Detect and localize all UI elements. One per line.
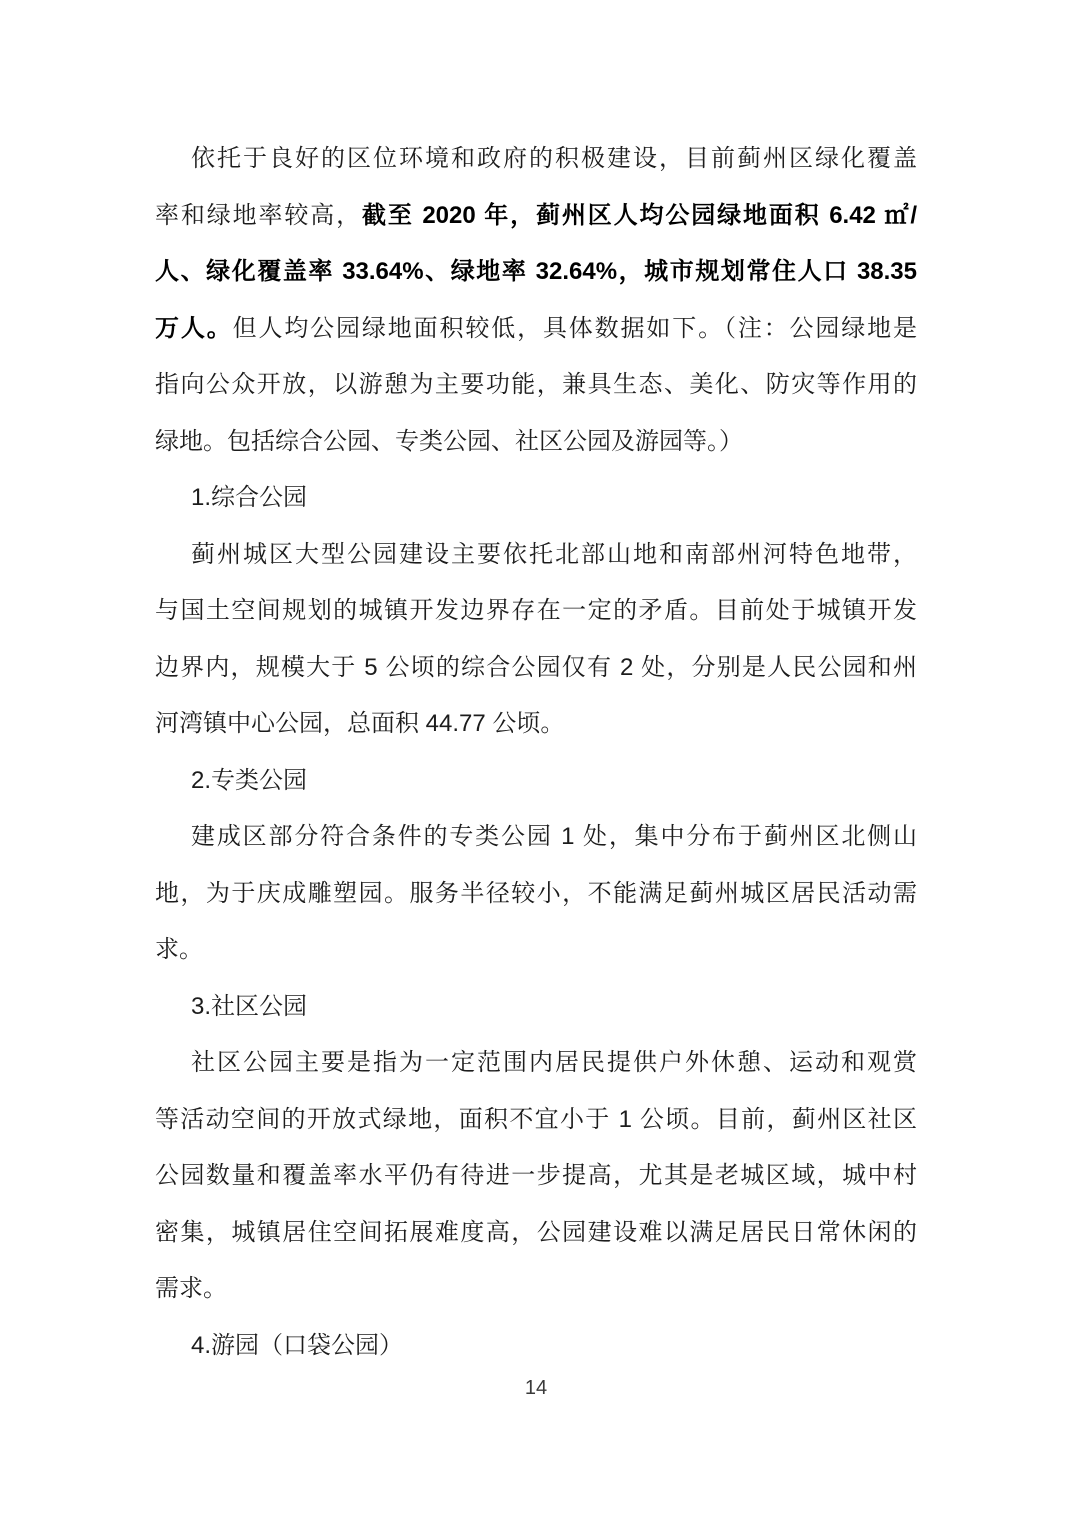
paragraph-line: 社区公园主要是指为一定范围内居民提供户外休憩、运动和观赏 <box>155 1035 917 1092</box>
text-segment: 绿地。包括综合公园、专类公园、社区公园及游园等。） <box>155 428 743 455</box>
paragraph-line: 需求。 <box>155 1261 917 1318</box>
paragraph-line: 边界内，规模大于 5 公顷的综合公园仅有 2 处，分别是人民公园和州 <box>155 640 917 697</box>
paragraph-line: 依托于良好的区位环境和政府的积极建设，目前蓟州区绿化覆盖 <box>155 131 917 188</box>
text-segment: 4.游园（口袋公园） <box>191 1332 403 1359</box>
text-segment: 求。 <box>155 936 203 963</box>
paragraph-line: 蓟州城区大型公园建设主要依托北部山地和南部州河特色地带， <box>155 527 917 584</box>
paragraph-line: 率和绿地率较高，截至 2020 年，蓟州区人均公园绿地面积 6.42 ㎡/ <box>155 188 917 245</box>
text-segment: 率和绿地率较高， <box>155 202 362 229</box>
page-number: 14 <box>155 1377 917 1400</box>
paragraph-line: 指向公众开放，以游憩为主要功能，兼具生态、美化、防灾等作用的 <box>155 357 917 414</box>
text-segment: 边界内，规模大于 5 公顷的综合公园仅有 2 处，分别是人民公园和州 <box>155 654 917 681</box>
section-heading-line: 1.综合公园 <box>155 470 917 527</box>
paragraph-line: 万人。但人均公园绿地面积较低，具体数据如下。（注：公园绿地是 <box>155 301 917 358</box>
paragraph-line: 公园数量和覆盖率水平仍有待进一步提高，尤其是老城区域，城中村 <box>155 1148 917 1205</box>
text-segment: 与国土空间规划的城镇开发边界存在一定的矛盾。目前处于城镇开发 <box>155 597 917 624</box>
bold-text-segment: 人、绿化覆盖率 33.64%、绿地率 32.64%，城市规划常住人口 38.35 <box>155 258 917 285</box>
document-body: 依托于良好的区位环境和政府的积极建设，目前蓟州区绿化覆盖率和绿地率较高，截至 2… <box>155 131 917 1374</box>
text-segment: 2.专类公园 <box>191 767 307 794</box>
text-segment: 建成区部分符合条件的专类公园 1 处，集中分布于蓟州区北侧山 <box>191 823 917 850</box>
text-segment: 社区公园主要是指为一定范围内居民提供户外休憩、运动和观赏 <box>191 1049 917 1076</box>
paragraph-line: 人、绿化覆盖率 33.64%、绿地率 32.64%，城市规划常住人口 38.35 <box>155 244 917 301</box>
text-segment: 3.社区公园 <box>191 993 307 1020</box>
text-segment: 地，为于庆成雕塑园。服务半径较小，不能满足蓟州城区居民活动需 <box>155 880 917 907</box>
text-segment: 需求。 <box>155 1275 227 1302</box>
text-segment: 蓟州城区大型公园建设主要依托北部山地和南部州河特色地带， <box>191 541 917 568</box>
text-segment: 1.综合公园 <box>191 484 307 511</box>
section-heading-line: 4.游园（口袋公园） <box>155 1318 917 1375</box>
paragraph-line: 河湾镇中心公园，总面积 44.77 公顷。 <box>155 696 917 753</box>
document-page: 依托于良好的区位环境和政府的积极建设，目前蓟州区绿化覆盖率和绿地率较高，截至 2… <box>0 0 1074 1520</box>
bold-text-segment: 截至 2020 年，蓟州区人均公园绿地面积 6.42 ㎡/ <box>362 202 917 229</box>
text-segment: 河湾镇中心公园，总面积 44.77 公顷。 <box>155 710 564 737</box>
text-segment: 指向公众开放，以游憩为主要功能，兼具生态、美化、防灾等作用的 <box>155 371 917 398</box>
paragraph-line: 密集，城镇居住空间拓展难度高，公园建设难以满足居民日常休闲的 <box>155 1205 917 1262</box>
paragraph-line: 绿地。包括综合公园、专类公园、社区公园及游园等。） <box>155 414 917 471</box>
paragraph-line: 地，为于庆成雕塑园。服务半径较小，不能满足蓟州城区居民活动需 <box>155 866 917 923</box>
text-segment: 等活动空间的开放式绿地，面积不宜小于 1 公顷。目前，蓟州区社区 <box>155 1106 917 1133</box>
text-segment: 依托于良好的区位环境和政府的积极建设，目前蓟州区绿化覆盖 <box>191 145 917 172</box>
text-segment: 但人均公园绿地面积较低，具体数据如下。（注：公园绿地是 <box>233 315 917 342</box>
paragraph-line: 求。 <box>155 922 917 979</box>
paragraph-line: 等活动空间的开放式绿地，面积不宜小于 1 公顷。目前，蓟州区社区 <box>155 1092 917 1149</box>
section-heading-line: 3.社区公园 <box>155 979 917 1036</box>
text-segment: 公园数量和覆盖率水平仍有待进一步提高，尤其是老城区域，城中村 <box>155 1162 917 1189</box>
text-segment: 密集，城镇居住空间拓展难度高，公园建设难以满足居民日常休闲的 <box>155 1219 917 1246</box>
bold-text-segment: 万人。 <box>155 315 233 342</box>
section-heading-line: 2.专类公园 <box>155 753 917 810</box>
paragraph-line: 与国土空间规划的城镇开发边界存在一定的矛盾。目前处于城镇开发 <box>155 583 917 640</box>
paragraph-line: 建成区部分符合条件的专类公园 1 处，集中分布于蓟州区北侧山 <box>155 809 917 866</box>
